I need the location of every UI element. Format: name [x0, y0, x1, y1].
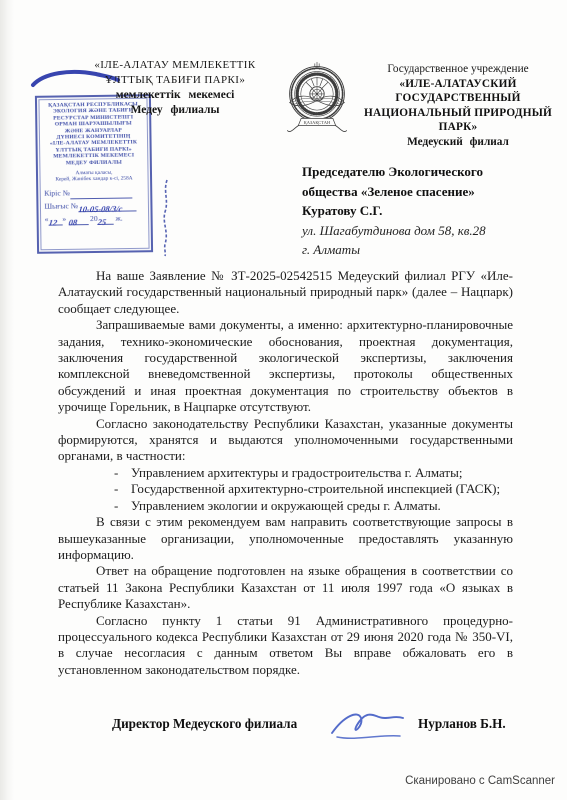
org-header-kazakh: «ІЛЕ-АЛАТАУ МЕМЛЕКЕТТІК ҰЛТТЫҚ ТАБИҒИ ПА…	[64, 58, 286, 118]
org-name-kk-line1: «ІЛЕ-АЛАТАУ МЕМЛЕКЕТТІК	[64, 58, 286, 73]
emblem-banner-text: ҚАЗАҚСТАН	[304, 120, 331, 125]
org-branch-kk: Медеу филиалы	[64, 103, 286, 118]
org-type-kk: мемлекеттік мекемесі	[64, 88, 286, 103]
signatory-title: Директор Медеуского филиала	[112, 716, 297, 732]
paragraph: Ответ на обращение подготовлен на языке …	[58, 563, 513, 612]
kazakhstan-coat-of-arms-icon: ҚАЗАҚСТАН	[281, 60, 353, 148]
list-item: Государственной архитектурно-строительно…	[58, 481, 513, 497]
camscanner-note: Сканировано с CamScanner	[405, 775, 555, 787]
addressee-city: г. Алматы	[302, 240, 527, 260]
addressee-name: Куратову С.Г.	[302, 201, 527, 221]
handwritten-signature	[328, 706, 412, 746]
handwritten-year: 25	[97, 216, 107, 229]
signatory-name: Нурланов Б.Н.	[418, 716, 506, 732]
paragraph: Запрашиваемые вами документы, а именно: …	[58, 317, 513, 415]
letter-body: На ваше Заявление № ЗТ-2025-02542515 Мед…	[58, 268, 513, 678]
addressee-title-line1: Председателю Экологического	[302, 162, 527, 182]
org-type-ru: Государственное учреждение	[352, 62, 564, 77]
addressee-block: Председателю Экологического общества «Зе…	[302, 162, 527, 260]
stamp-outgoing-number-field: Шығыс №10-05-08/3/с	[38, 199, 150, 214]
handwritten-day: 12	[48, 217, 58, 230]
org-name-ru-line3: НАЦИОНАЛЬНЫЙ ПРИРОДНЫЙ	[352, 106, 564, 121]
org-name-ru-line4: ПАРК»	[352, 120, 564, 135]
org-branch-ru: Медеуский филиал	[352, 135, 564, 150]
registration-stamp: ҚАЗАҚСТАН РЕСПУБЛИКАСЫ ЭКОЛОГИЯ ЖӘНЕ ТАБ…	[35, 94, 153, 254]
pen-squiggle-vertical	[160, 178, 172, 258]
paragraph: Согласно законодательству Республики Каз…	[58, 416, 513, 465]
org-header-russian: Государственное учреждение «ИЛЕ-АЛАТАУСК…	[352, 62, 564, 149]
handwritten-month: 08	[67, 217, 77, 230]
org-name-ru-line2: ГОСУДАРСТВЕННЫЙ	[352, 91, 564, 106]
list-item: Управлением экологии и окружающей среды …	[58, 498, 513, 514]
list-item: Управлением архитектуры и градостроитель…	[58, 465, 513, 481]
org-name-kk-line2: ҰЛТТЫҚ ТАБИҒИ ПАРКІ»	[64, 73, 286, 88]
addressee-title-line2: общества «Зеленое спасение»	[302, 182, 527, 202]
scanned-letter-page: ҚАЗАҚСТАН РЕСПУБЛИКАСЫ ЭКОЛОГИЯ ЖӘНЕ ТАБ…	[0, 0, 567, 800]
paragraph: На ваше Заявление № ЗТ-2025-02542515 Мед…	[58, 268, 513, 317]
addressee-street: ул. Шагабутдинова дом 58, кв.28	[302, 221, 527, 241]
paragraph: В связи с этим рекомендуем вам направить…	[58, 514, 513, 563]
org-name-ru-line1: «ИЛЕ-АЛАТАУСКИЙ	[352, 77, 564, 92]
paragraph: Согласно пункту 1 статьи 91 Администрати…	[58, 613, 513, 679]
handwritten-outgoing-number: 10-05-08/3/с	[77, 203, 123, 217]
authorities-list: Управлением архитектуры и градостроитель…	[58, 465, 513, 514]
